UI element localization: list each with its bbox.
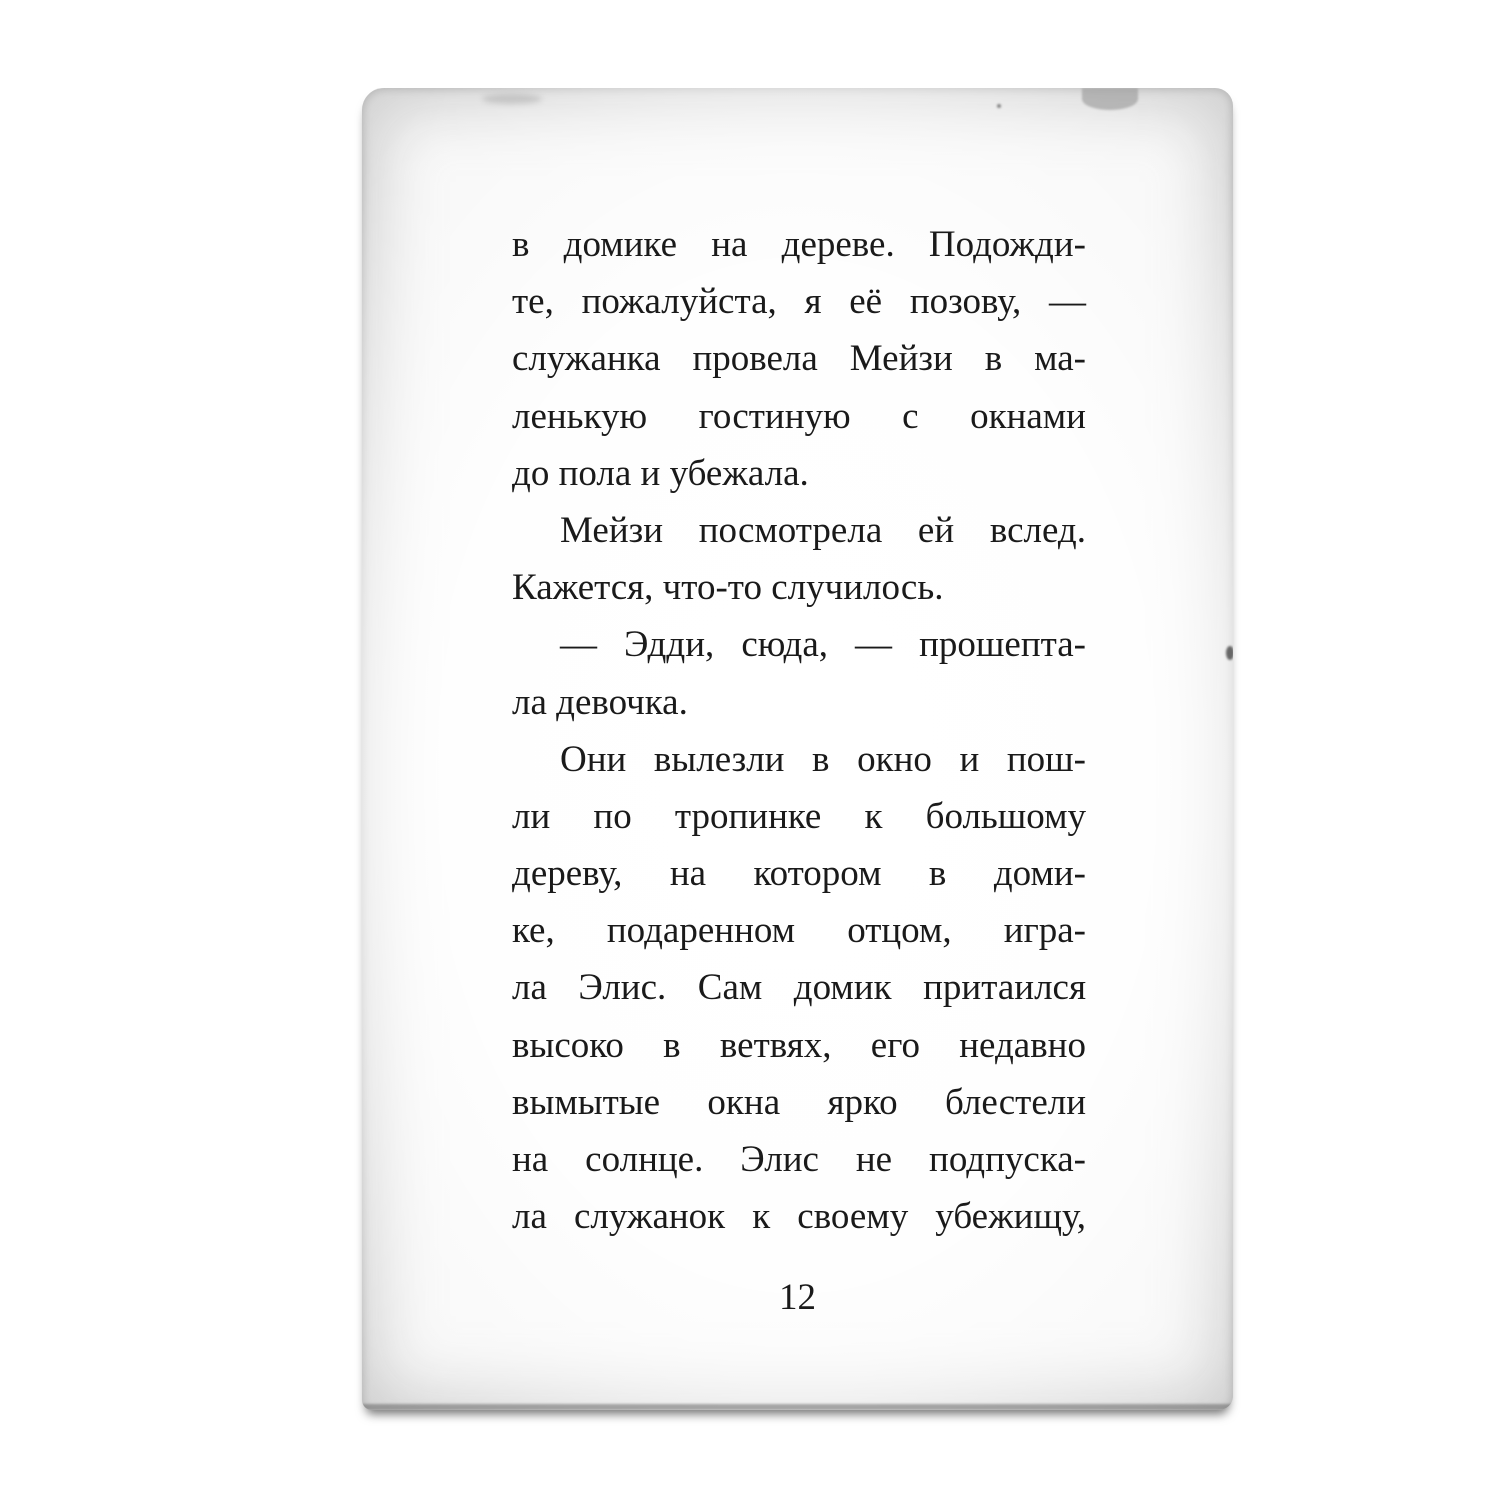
paper-speck [997, 104, 1001, 108]
text-line: — Эдди, сюда, — прошепта- [512, 616, 1086, 673]
text-line: ленькую гостиную с окнами [512, 388, 1086, 445]
text-line: ла служанок к своему убежищу, [512, 1188, 1086, 1245]
text-line: ла девочка. [512, 674, 1086, 731]
text-line: ла Элис. Сам домик притаился [512, 959, 1086, 1016]
text-line: ли по тропинке к большому [512, 788, 1086, 845]
text-line: до пола и убежала. [512, 445, 1086, 502]
book-page: в домике на дереве. Подожди-те, пожалуйс… [362, 88, 1233, 1410]
paper-stain [482, 94, 542, 104]
text-line: в домике на дереве. Подожди- [512, 216, 1086, 273]
text-line: вымытые окна ярко блестели [512, 1074, 1086, 1131]
text-line: Кажется, что-то случилось. [512, 559, 1086, 616]
paper-stain [1082, 88, 1138, 110]
text-line: служанка провела Мейзи в ма- [512, 330, 1086, 387]
text-line: Они вылезли в окно и пош- [512, 731, 1086, 788]
page-number: 12 [362, 1276, 1233, 1319]
text-line: Мейзи посмотрела ей вслед. [512, 502, 1086, 559]
paper-speck [1226, 646, 1233, 660]
text-line: на солнце. Элис не подпуска- [512, 1131, 1086, 1188]
text-line: дереву, на котором в доми- [512, 845, 1086, 902]
page-bottom-edge [362, 1404, 1233, 1410]
text-line: те, пожалуйста, я её позову, — [512, 273, 1086, 330]
text-line: высоко в ветвях, его недавно [512, 1017, 1086, 1074]
text-line: ке, подаренном отцом, игра- [512, 902, 1086, 959]
body-text: в домике на дереве. Подожди-те, пожалуйс… [512, 216, 1086, 1245]
